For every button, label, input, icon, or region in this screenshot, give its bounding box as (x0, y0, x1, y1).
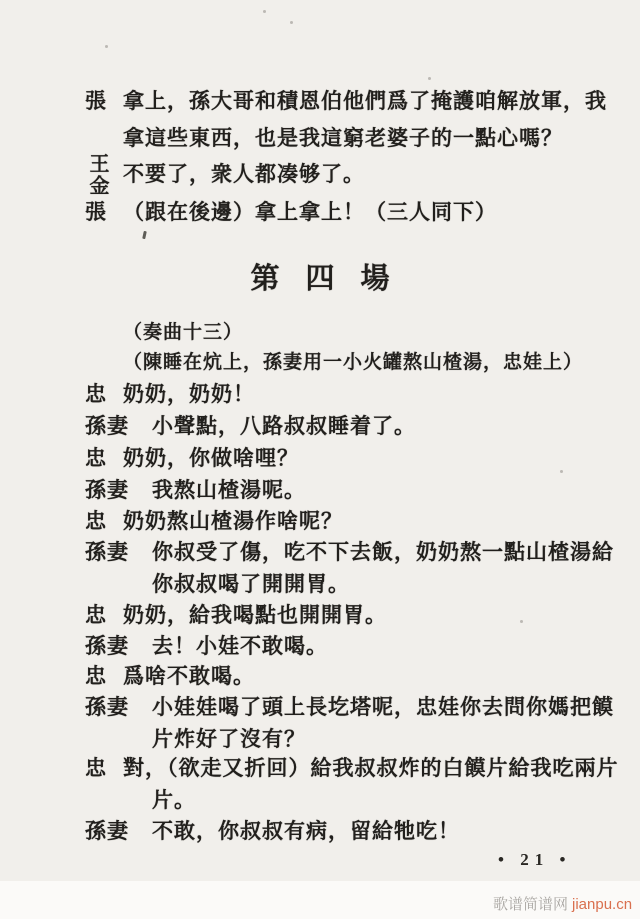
dialogue-text: 拿上，孫大哥和積恩伯他們爲了掩護咱解放軍，我 (123, 89, 607, 113)
script-line: 張拿上，孫大哥和積恩伯他們爲了掩護咱解放軍，我 (85, 88, 607, 114)
dialogue-text: 奶奶熬山楂湯作啥呢？ (123, 509, 343, 533)
script-line: 忠奶奶，給我喝點也開開胃。 (85, 602, 387, 628)
script-line: 忠爲啥不敢喝。 (85, 663, 255, 689)
script-line: 不要了，衆人都凑够了。 (123, 161, 365, 187)
dialogue-text: 奶奶，你做啥哩？ (123, 446, 299, 470)
speaker-label: 忠 (85, 508, 123, 534)
watermark: 歌谱简谱网jianpu.cn (493, 893, 632, 914)
dialogue-text: 小娃娃喝了頭上長圪塔呢，忠娃你去問你媽把饃 (152, 695, 614, 719)
dialogue-text: 奶奶，奶奶！ (123, 382, 255, 406)
dialogue-text: 片炸好了沒有？ (152, 727, 306, 751)
scan-speckle (520, 620, 523, 623)
script-line: 忠奶奶，奶奶！ (85, 381, 255, 407)
script-line: 忠奶奶，你做啥哩？ (85, 445, 299, 471)
dialogue-text: 你叔受了傷，吃不下去飯，奶奶熬一點山楂湯給 (152, 540, 614, 564)
stage-direction: （陳睡在炕上，孫妻用一小火罐熬山楂湯，忠娃上） (123, 347, 583, 374)
script-line-continuation: 你叔叔喝了開開胃。 (152, 571, 350, 597)
dialogue-text: 去！小娃不敢喝。 (152, 634, 328, 658)
speaker-label: 孫妻 (85, 413, 152, 439)
speaker-label: 忠 (85, 602, 123, 628)
speaker-label: 孫妻 (85, 539, 152, 565)
scan-speckle (263, 10, 266, 13)
script-line-continuation: 拿這些東西，也是我這窮老婆子的一點心嗎？ (123, 125, 563, 151)
scan-speckle (428, 77, 431, 80)
speaker-label: 忠 (85, 445, 123, 471)
script-line: 孫妻小娃娃喝了頭上長圪塔呢，忠娃你去問你媽把饃 (85, 694, 614, 720)
script-line-continuation: 片。 (152, 787, 196, 813)
dialogue-text: （跟在後邊）拿上拿上！（三人同下） (123, 200, 497, 224)
scan-speckle (105, 45, 108, 48)
script-line: 孫妻去！小娃不敢喝。 (85, 633, 328, 659)
page-number: • 21 • (498, 850, 571, 870)
dialogue-text: 我熬山楂湯呢。 (152, 478, 306, 502)
dialogue-text: 對，（欲走又折回）給我叔叔炸的白饃片給我吃兩片 (123, 756, 619, 780)
dialogue-text: 拿這些東西，也是我這窮老婆子的一點心嗎？ (123, 126, 563, 150)
speaker-label: 孫妻 (85, 633, 152, 659)
speaker-label: 孫妻 (85, 477, 152, 503)
script-line: 忠對，（欲走又折回）給我叔叔炸的白饃片給我吃兩片 (85, 755, 619, 781)
scanned-script-page: 張拿上，孫大哥和積恩伯他們爲了掩護咱解放軍，我 拿這些東西，也是我這窮老婆子的一… (0, 0, 640, 919)
watermark-site-url: jianpu.cn (572, 896, 632, 913)
dialogue-text: 片。 (152, 788, 196, 812)
speaker-label-vertical: 王金 (85, 153, 109, 197)
dialogue-text: 小聲點，八路叔叔睡着了。 (152, 414, 416, 438)
script-line: 孫妻小聲點，八路叔叔睡着了。 (85, 413, 416, 439)
script-line: 張（跟在後邊）拿上拿上！（三人同下） (85, 199, 497, 225)
speaker-label: 孫妻 (85, 818, 152, 844)
speaker-label: 忠 (85, 381, 123, 407)
watermark-site-name: 歌谱简谱网 (493, 896, 568, 913)
script-line-continuation: 片炸好了沒有？ (152, 726, 306, 752)
speaker-label: 孫妻 (85, 694, 152, 720)
stage-direction: （奏曲十三） (123, 317, 243, 344)
scan-speckle (560, 470, 563, 473)
scene-title: 第四場 (0, 256, 640, 297)
script-line: 孫妻不敢，你叔叔有病，留給牠吃！ (85, 818, 460, 844)
dialogue-text: 奶奶，給我喝點也開開胃。 (123, 603, 387, 627)
speaker-label: 忠 (85, 755, 123, 781)
speaker-label: 張 (85, 88, 123, 114)
ink-mark (142, 231, 147, 239)
dialogue-text: 你叔叔喝了開開胃。 (152, 572, 350, 596)
script-line: 忠奶奶熬山楂湯作啥呢？ (85, 508, 343, 534)
dialogue-text: 爲啥不敢喝。 (123, 664, 255, 688)
speaker-label: 張 (85, 199, 123, 225)
dialogue-text: 不敢，你叔叔有病，留給牠吃！ (152, 819, 460, 843)
speaker-label: 忠 (85, 663, 123, 689)
scan-speckle (290, 21, 293, 24)
dialogue-text: 不要了，衆人都凑够了。 (123, 162, 365, 186)
script-line: 孫妻你叔受了傷，吃不下去飯，奶奶熬一點山楂湯給 (85, 539, 614, 565)
script-line: 孫妻我熬山楂湯呢。 (85, 477, 306, 503)
